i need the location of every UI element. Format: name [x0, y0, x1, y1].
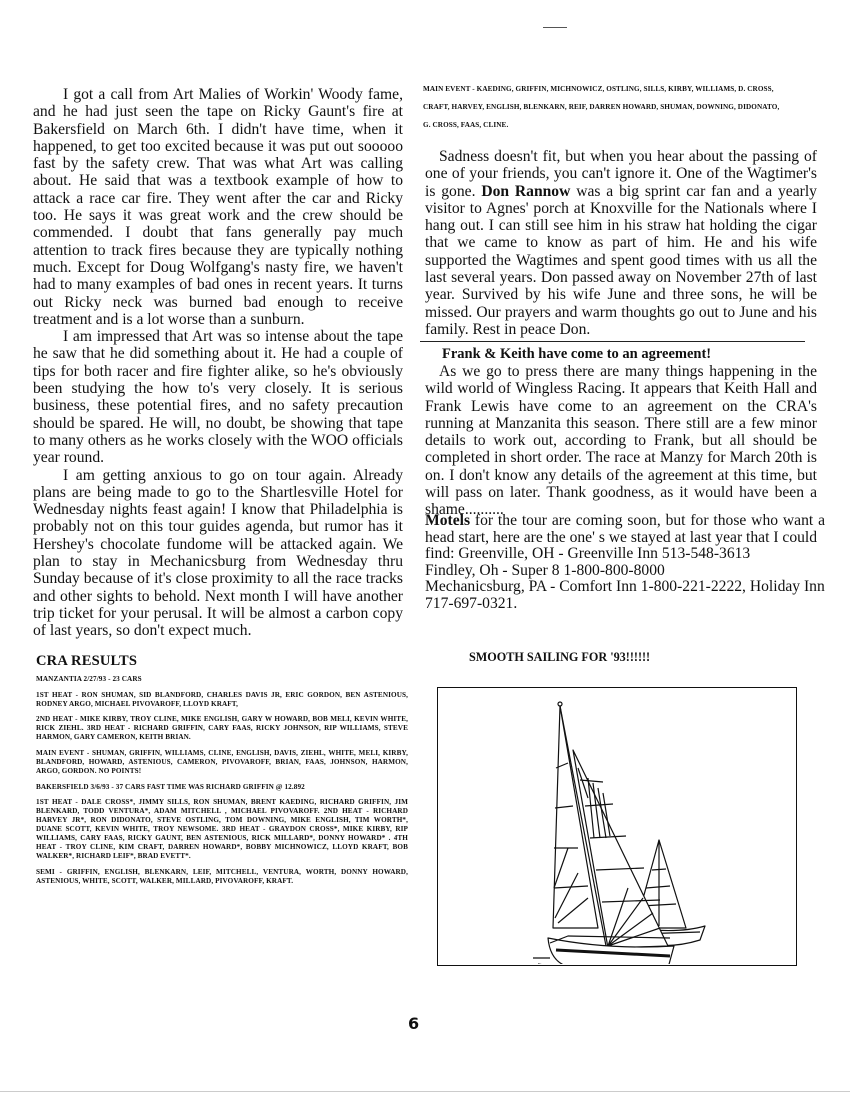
scan-edge-line: [0, 1091, 850, 1092]
motel-listing: find: Greenville, OH - Greenville Inn 51…: [425, 546, 825, 563]
obituary-text-end: was a big sprint car fan and a yearly vi…: [425, 183, 817, 338]
results-line-bakersfield: BAKERSFIELD 3/6/93 - 37 CARS FAST TIME W…: [36, 783, 408, 792]
results-line-manzanita-heat1: 1ST HEAT - RON SHUMAN, SID BLANDFORD, CH…: [36, 691, 408, 709]
left-column: I got a call from Art Malies of Workin' …: [33, 86, 403, 640]
agreement-heading: Frank & Keith have come to an agreement!: [442, 346, 817, 363]
obituary-name: Don Rannow: [481, 183, 570, 200]
cra-results-section: CRA RESULTS MANZANTIA 2/27/93 - 23 CARS …: [36, 653, 408, 893]
sailboat-illustration-frame: [437, 687, 797, 966]
page-number: 6: [408, 1014, 419, 1033]
motels-lead: Motels: [425, 512, 470, 529]
results-line-manzanita-main: MAIN EVENT - SHUMAN, GRIFFIN, WILLIAMS, …: [36, 749, 408, 776]
results-line-bakersfield-semi: SEMI - GRIFFIN, ENGLISH, BLENKARN, LEIF,…: [36, 868, 408, 886]
paragraph-tour: I am getting anxious to go on tour again…: [33, 467, 403, 640]
main-event-line: G. CROSS, FAAS, CLINE.: [423, 121, 828, 130]
motel-listing: Mechanicsburg, PA - Comfort Inn 1-800-22…: [425, 579, 825, 612]
main-event-line: MAIN EVENT - KAEDING, GRIFFIN, MICHNOWIC…: [423, 85, 828, 94]
illustration-caption: SMOOTH SAILING FOR '93!!!!!!: [469, 650, 650, 665]
agreement-paragraph: As we go to press there are many things …: [425, 363, 817, 519]
obituary-section: Sadness doesn't fit, but when you hear a…: [425, 148, 817, 338]
obituary-paragraph: Sadness doesn't fit, but when you hear a…: [425, 148, 817, 338]
paragraph-fire-tape: I got a call from Art Malies of Workin' …: [33, 86, 403, 328]
results-line-manzanita-heat2-3: 2ND HEAT - MIKE KIRBY, TROY CLINE, MIKE …: [36, 715, 408, 742]
paragraph-art-impressed: I am impressed that Art was so intense a…: [33, 328, 403, 466]
sailboat-icon: [438, 688, 795, 964]
motels-intro-text: for the tour are coming soon, but for th…: [425, 512, 825, 546]
motel-listing: Findley, Oh - Super 8 1-800-800-8000: [425, 563, 825, 580]
main-event-line: CRAFT, HARVEY, ENGLISH, BLENKARN, REIF, …: [423, 103, 828, 112]
results-line-manzanita: MANZANTIA 2/27/93 - 23 CARS: [36, 675, 408, 684]
results-line-bakersfield-heats: 1ST HEAT - DALE CROSS*, JIMMY SILLS, RON…: [36, 798, 408, 861]
scan-mark: [543, 27, 567, 28]
agreement-section: Frank & Keith have come to an agreement!…: [425, 346, 817, 519]
motels-section: Motels for the tour are coming soon, but…: [425, 513, 825, 612]
cra-results-title: CRA RESULTS: [36, 653, 408, 670]
motels-intro: Motels for the tour are coming soon, but…: [425, 513, 825, 546]
section-divider: [420, 341, 805, 342]
bakersfield-main-event: MAIN EVENT - KAEDING, GRIFFIN, MICHNOWIC…: [423, 85, 828, 139]
